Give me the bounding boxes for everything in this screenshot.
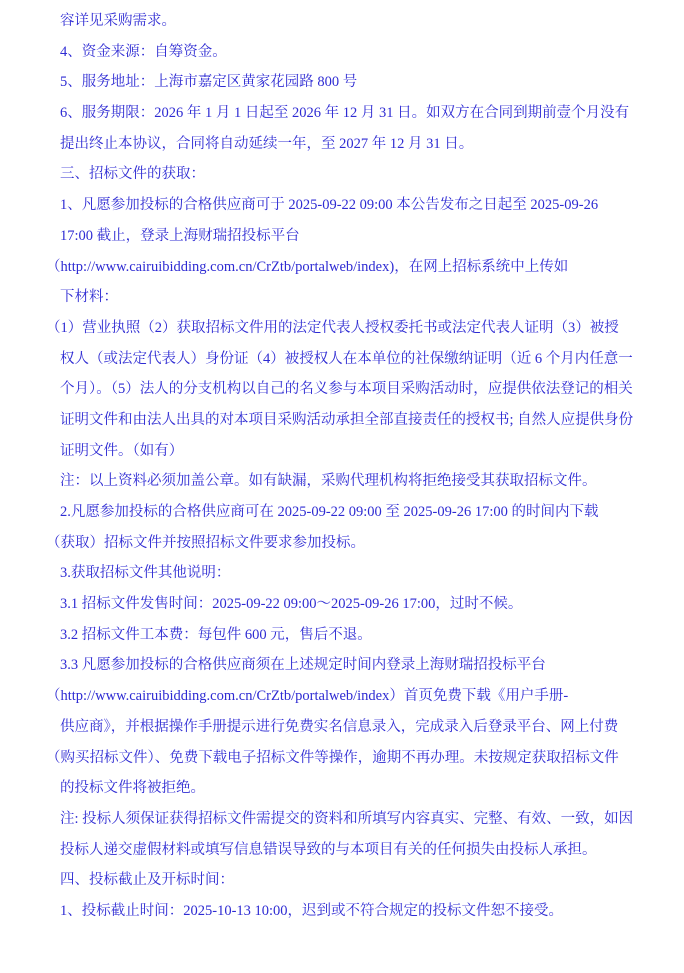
doc-line: 5、服务地址：上海市嘉定区黄家花园路 800 号 <box>60 67 644 98</box>
doc-line: 四、投标截止及开标时间： <box>60 865 644 896</box>
doc-line: 投标人递交虚假材料或填写信息错误导致的与本项目有关的任何损失由投标人承担。 <box>60 835 644 866</box>
doc-line: 权人（或法定代表人）身份证（4）被授权人在本单位的社保缴纳证明（近 6 个月内任… <box>60 344 644 375</box>
doc-line: 1、凡愿参加投标的合格供应商可于 2025-09-22 09:00 本公告发布之… <box>60 190 644 221</box>
doc-line: 证明文件和由法人出具的对本项目采购活动承担全部直接责任的授权书; 自然人应提供身… <box>60 405 644 436</box>
doc-line: 供应商》，并根据操作手册提示进行免费实名信息录入，完成录入后登录平台、网上付费 <box>60 712 644 743</box>
doc-line: （1）营业执照（2）获取招标文件用的法定代表人授权委托书或法定代表人证明（3）被… <box>60 313 644 344</box>
doc-line: 17:00 截止，登录上海财瑞招投标平台 <box>60 221 644 252</box>
doc-line: 三、招标文件的获取： <box>60 159 644 190</box>
doc-line: 注: 投标人须保证获得招标文件需提交的资料和所填写内容真实、完整、有效、一致，如… <box>60 804 644 835</box>
doc-line: 注：以上资料必须加盖公章。如有缺漏，采购代理机构将拒绝接受其获取招标文件。 <box>60 466 644 497</box>
doc-line: 下材料： <box>60 282 644 313</box>
doc-line: 1、投标截止时间：2025-10-13 10:00，迟到或不符合规定的投标文件恕… <box>60 896 644 927</box>
doc-line: 的投标文件将被拒绝。 <box>60 773 644 804</box>
doc-line: （获取）招标文件并按照招标文件要求参加投标。 <box>60 528 644 559</box>
doc-line: 容详见采购需求。 <box>60 6 644 37</box>
doc-line: 3.3 凡愿参加投标的合格供应商须在上述规定时间内登录上海财瑞招投标平台 <box>60 650 644 681</box>
doc-line: 3.2 招标文件工本费：每包件 600 元，售后不退。 <box>60 620 644 651</box>
doc-line: 6、服务期限：2026 年 1 月 1 日起至 2026 年 12 月 31 日… <box>60 98 644 129</box>
doc-line: （http://www.cairuibidding.com.cn/CrZtb/p… <box>60 681 644 712</box>
doc-line: （购买招标文件）、免费下载电子招标文件等操作，逾期不再办理。未按规定获取招标文件 <box>60 743 644 774</box>
tender-announcement-document: 容详见采购需求。4、资金来源：自筹资金。5、服务地址：上海市嘉定区黄家花园路 8… <box>0 0 684 973</box>
doc-line: 4、资金来源：自筹资金。 <box>60 37 644 68</box>
doc-line: 3.1 招标文件发售时间：2025-09-22 09:00～2025-09-26… <box>60 589 644 620</box>
doc-line: 提出终止本协议，合同将自动延续一年，至 2027 年 12 月 31 日。 <box>60 129 644 160</box>
doc-line: 2.凡愿参加投标的合格供应商可在 2025-09-22 09:00 至 2025… <box>60 497 644 528</box>
doc-line: （http://www.cairuibidding.com.cn/CrZtb/p… <box>60 252 644 283</box>
doc-line: 3.获取招标文件其他说明： <box>60 558 644 589</box>
doc-line: 证明文件。（如有） <box>60 436 644 467</box>
doc-line: 个月）。（5）法人的分支机构以自己的名义参与本项目采购活动时，应提供依法登记的相… <box>60 374 644 405</box>
